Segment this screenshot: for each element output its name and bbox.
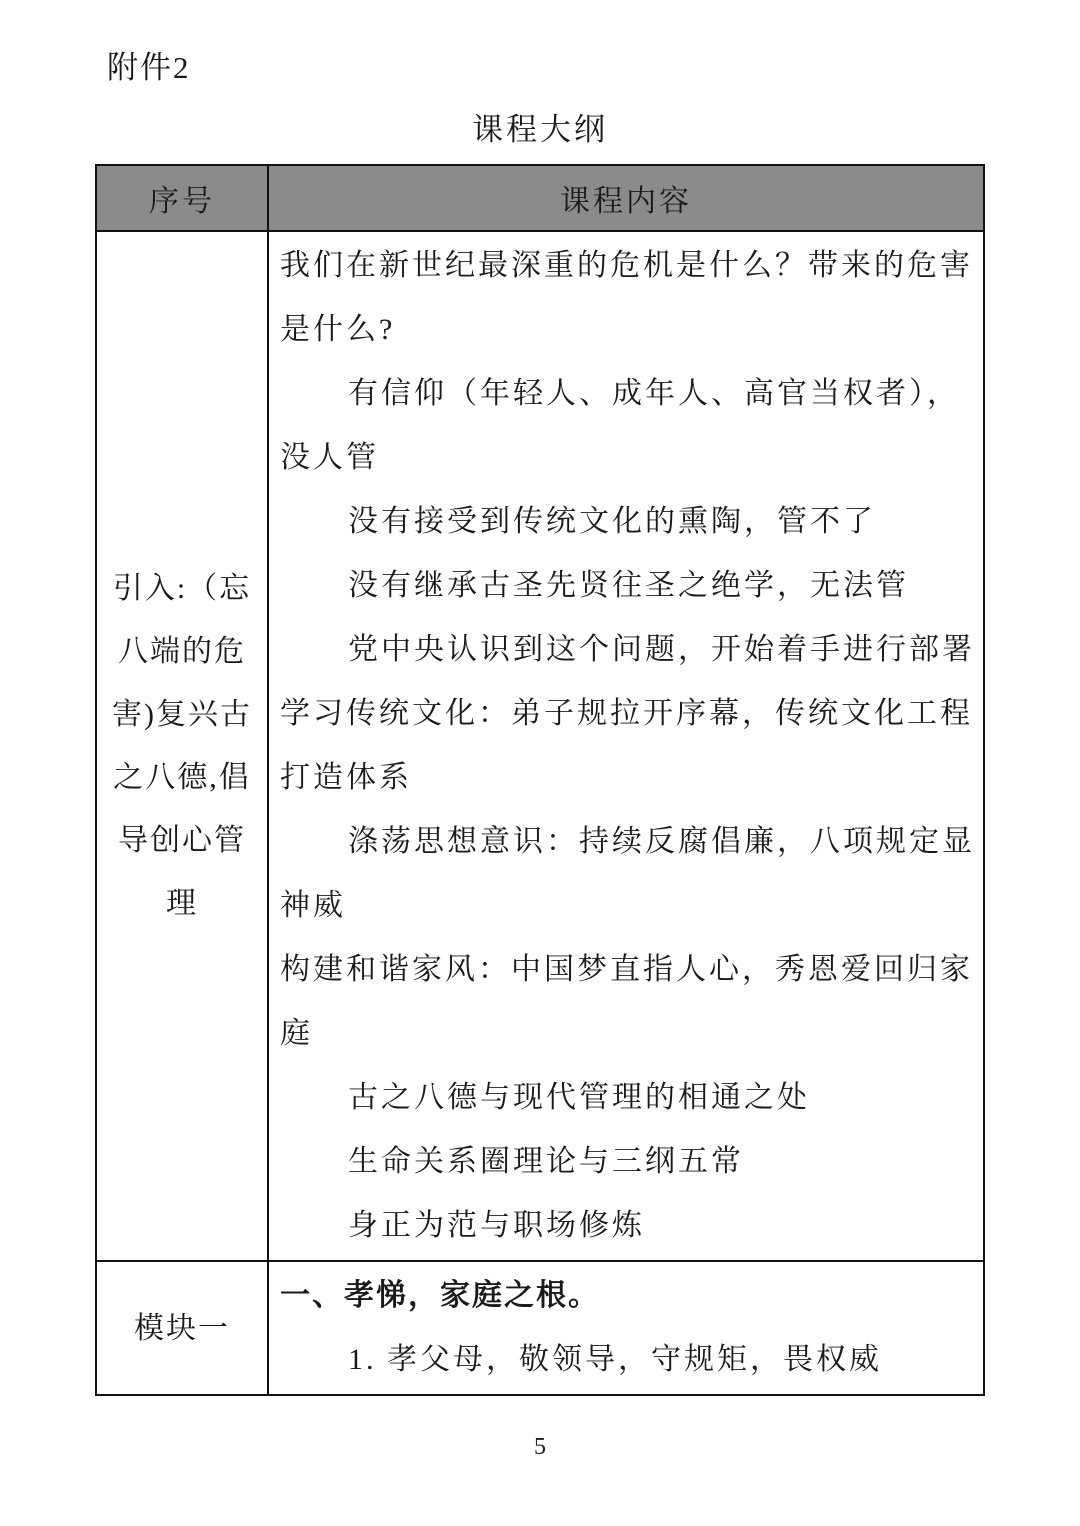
page-number: 5: [0, 1434, 1080, 1461]
row-label-line: 理: [97, 872, 267, 935]
row-label-line: 引入:（忘: [97, 557, 267, 620]
content-line: 神威: [280, 874, 977, 938]
row-module-content-cell: 一、孝悌，家庭之根。 1. 孝父母，敬领导，守规矩，畏权威: [268, 1261, 984, 1395]
content-line: 没有接受到传统文化的熏陶，管不了: [280, 490, 977, 554]
header-col-no: 序号: [96, 165, 268, 231]
row-label-line: 之八德,倡: [97, 746, 267, 809]
row-intro-no-cell: 引入:（忘 八端的危 害)复兴古 之八德,倡 导创心管 理: [96, 231, 268, 1261]
content-line: 我们在新世纪最深重的危机是什么？带来的危害: [280, 234, 977, 298]
row-intro-content-cell: 我们在新世纪最深重的危机是什么？带来的危害 是什么? 有信仰（年轻人、成年人、高…: [268, 231, 984, 1261]
table-header-row: 序号 课程内容: [96, 165, 984, 231]
content-line: 有信仰（年轻人、成年人、高官当权者），: [280, 362, 977, 426]
table-row-intro: 引入:（忘 八端的危 害)复兴古 之八德,倡 导创心管 理 我们在新世纪最深重的…: [96, 231, 984, 1261]
row-label-line: 八端的危: [97, 620, 267, 683]
content-line: 学习传统文化：弟子规拉开序幕，传统文化工程: [280, 682, 977, 746]
header-col-content: 课程内容: [268, 165, 984, 231]
row-label-line: 模块一: [97, 1297, 267, 1360]
page-title: 课程大纲: [0, 104, 1080, 149]
content-line: 打造体系: [280, 746, 977, 810]
content-line: 庭: [280, 1002, 977, 1066]
content-line: 古之八德与现代管理的相通之处: [280, 1066, 977, 1130]
content-line: 是什么?: [280, 298, 977, 362]
row-label-line: 害)复兴古: [97, 683, 267, 746]
content-line: 涤荡思想意识：持续反腐倡廉，八项规定显: [280, 810, 977, 874]
module-heading-line: 一、孝悌，家庭之根。: [280, 1264, 977, 1328]
content-line: 身正为范与职场修炼: [280, 1194, 977, 1258]
content-line: 没有继承古圣先贤往圣之绝学，无法管: [280, 554, 977, 618]
row-module-no-cell: 模块一: [96, 1261, 268, 1395]
table-row-module-1: 模块一 一、孝悌，家庭之根。 1. 孝父母，敬领导，守规矩，畏权威: [96, 1261, 984, 1395]
content-line: 构建和谐家风：中国梦直指人心，秀恩爱回归家: [280, 938, 977, 1002]
attachment-label: 附件2: [107, 42, 191, 87]
row-label-line: 导创心管: [97, 809, 267, 872]
content-line: 没人管: [280, 426, 977, 490]
content-line: 1. 孝父母，敬领导，守规矩，畏权威: [280, 1328, 977, 1392]
course-outline-table: 序号 课程内容 引入:（忘 八端的危 害)复兴古 之八德,倡 导创心管 理 我们…: [95, 164, 985, 1396]
content-line: 党中央认识到这个问题，开始着手进行部署: [280, 618, 977, 682]
content-line: 生命关系圈理论与三纲五常: [280, 1130, 977, 1194]
